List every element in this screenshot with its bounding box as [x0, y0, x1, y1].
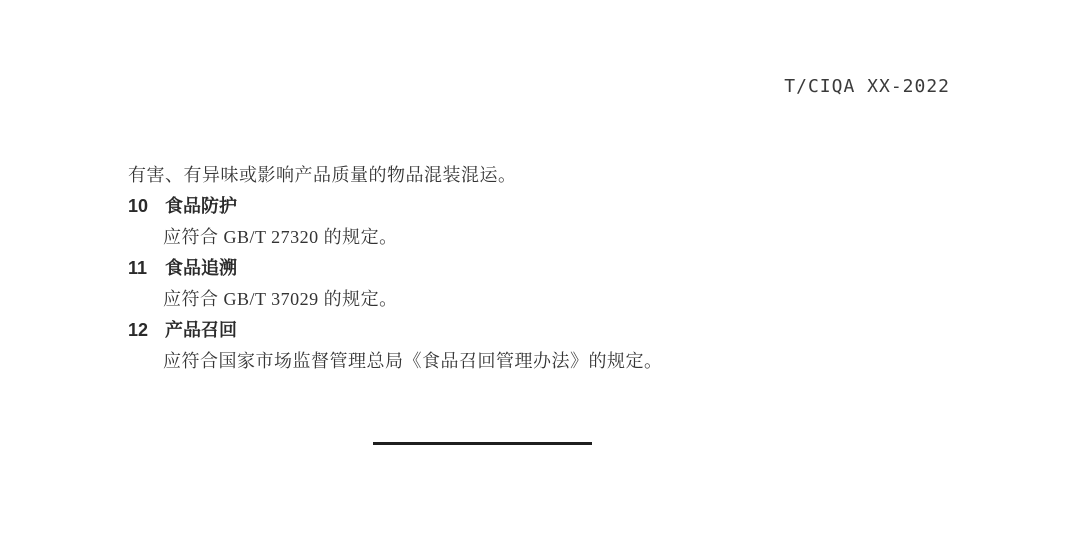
section-number: 12	[128, 315, 165, 346]
section-12-heading: 12产品召回	[128, 315, 888, 346]
section-12-body: 应符合国家市场监督管理总局《食品召回管理办法》的规定。	[128, 346, 888, 377]
document-body: 有害、有异味或影响产品质量的物品混装混运。 10食品防护 应符合 GB/T 27…	[128, 160, 888, 377]
document-page: T/CIQA XX-2022 有害、有异味或影响产品质量的物品混装混运。 10食…	[0, 0, 1080, 542]
end-of-text-rule	[373, 442, 592, 445]
standard-reference-header: T/CIQA XX-2022	[784, 76, 950, 97]
section-10-body: 应符合 GB/T 27320 的规定。	[128, 222, 888, 253]
section-number: 10	[128, 191, 165, 222]
section-11-body: 应符合 GB/T 37029 的规定。	[128, 284, 888, 315]
section-11-heading: 11食品追溯	[128, 253, 888, 284]
intro-paragraph: 有害、有异味或影响产品质量的物品混装混运。	[128, 160, 888, 191]
section-title: 食品防护	[165, 196, 237, 216]
section-title: 食品追溯	[165, 258, 237, 278]
section-title: 产品召回	[165, 320, 237, 340]
section-10-heading: 10食品防护	[128, 191, 888, 222]
section-number: 11	[128, 253, 165, 284]
